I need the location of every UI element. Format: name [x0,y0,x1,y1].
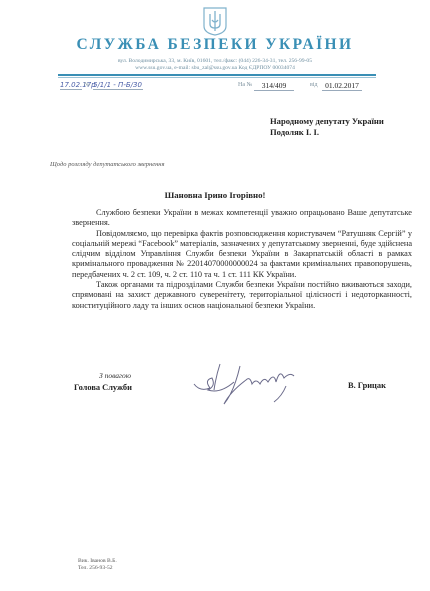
tryzub-emblem-icon [202,6,228,36]
letter-page: СЛУЖБА БЕЗПЕКИ УКРАЇНИ вул. Володимирськ… [0,0,430,591]
salutation: Шановна Ірино Ігорівно! [0,190,430,200]
signer-name: В. Грицак [348,381,386,390]
closing-regards: З повагою [99,371,131,380]
executor-phone: Тел. 256-93-52 [78,565,117,572]
addressee-title: Народному депутату України [270,116,384,127]
header-divider [58,74,376,76]
signer-position: Голова Служби [74,383,132,392]
address-line: вул. Володимирська, 33, м. Київ, 01601, … [0,58,430,64]
addressee-name: Подоляк І. І. [270,127,384,138]
letter-body: Службою безпеки України в межах компетен… [72,208,412,311]
number-label: № [84,82,90,88]
registration-row: 17.02.17р № 5/1/1 - П-Б/30 На № 314/409 … [60,81,380,93]
registration-number: 5/1/1 - П-Б/30 [93,81,143,90]
executor-info: Вик. Іванов В.Б. Тел. 256-93-52 [78,558,117,572]
reference-label: На № [238,82,252,88]
subject-line: Щодо розгляду депутатського звернення [50,161,165,168]
registration-date: 17.02.17р [60,81,82,90]
reference-date: 01.02.2017 [322,81,362,91]
executor-name: Вик. Іванов В.Б. [78,558,117,565]
body-paragraph: Повідомляємо, що перевірка фактів розпов… [72,229,412,280]
contacts-line: www.ssu.gov.ua, e-mail: sbu_zal@ssu.gov.… [0,65,430,71]
body-paragraph: Службою безпеки України в межах компетен… [72,208,412,229]
header-divider-thin [58,77,376,78]
reference-number: 314/409 [254,81,294,91]
signature-icon [190,362,310,412]
addressee: Народному депутату України Подоляк І. І. [270,116,384,138]
reference-from-label: від [310,82,318,88]
body-paragraph: Також органами та підрозділами Служби бе… [72,280,412,311]
organization-title: СЛУЖБА БЕЗПЕКИ УКРАЇНИ [0,36,430,54]
